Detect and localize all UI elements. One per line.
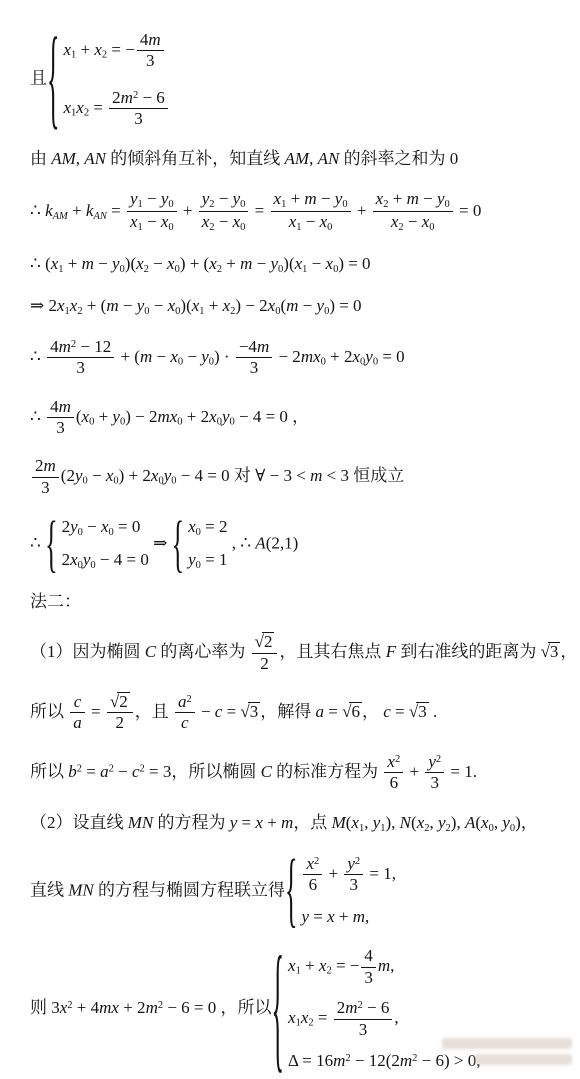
math-text: 6 (390, 773, 399, 792)
math-text: ∴ (30, 406, 45, 425)
math-var: A (255, 534, 265, 553)
case-row: x1x2 = 2m2 − 63 (63, 88, 169, 130)
math-var: F (386, 642, 396, 661)
brace-group: {x1 + x2 = −43m,x1x2 = 2m2 − 63,Δ = 16m2… (272, 946, 481, 1073)
math-text: 的方程与椭圆方程联立得 (94, 880, 285, 899)
math-text: − 6 (138, 88, 165, 107)
math-var: C (145, 642, 156, 661)
math-text: + (94, 406, 112, 425)
math-text: + 2 (326, 347, 353, 366)
math-var: m (286, 296, 298, 315)
denominator: c (175, 713, 195, 733)
part1-solve-a-c: 所以 ca = √22，且 a2c − c = √3，解得 a = √6， c … (30, 692, 574, 734)
math-var: AN (318, 149, 340, 168)
math-var: MN (68, 880, 94, 899)
case-rows: x1 + x2 = −43m,x1x2 = 2m2 − 63,Δ = 16m2 … (288, 946, 481, 1073)
math-text: = (314, 1008, 332, 1027)
math-text: = (250, 200, 268, 219)
brace-group: {x1 + x2 = −4m3x1x2 = 2m2 − 63 (47, 30, 170, 130)
kam-kan-equation: ∴ kAM + kAN = y1 − y0x1 − x0 + y2 − y0x2… (30, 189, 574, 235)
square-root: √3 (240, 702, 260, 721)
case-row: y0 = 1 (188, 549, 227, 573)
math-text: + (286, 189, 304, 208)
math-text: = 1 (201, 550, 228, 569)
part1-standard-equation: 所以 b2 = a2 − c2 = 3，所以椭圆 C 的标准方程为 x26 + … (30, 752, 574, 794)
subscript: 0 (168, 222, 173, 233)
math-text: 3 (359, 1020, 368, 1039)
math-text: ∴ (30, 347, 45, 366)
math-var: m (157, 406, 169, 425)
math-var: m (140, 347, 152, 366)
math-text: （1）因为椭圆 (30, 642, 145, 661)
math-text: − 6) > 0, (417, 1051, 480, 1070)
denominator: 3 (425, 773, 444, 793)
numerator: x1 + m − y0 (271, 189, 351, 213)
subscript: AM (53, 210, 68, 221)
part1-eccentricity: （1）因为椭圆 C 的离心率为 √22，且其右焦点 F 到右准线的距离为 √3， (30, 632, 574, 674)
case-row: x1 + x2 = −4m3 (63, 30, 169, 72)
fraction: y2 − y0x2 − x0 (199, 189, 249, 235)
math-text: , (429, 813, 438, 832)
math-text: 到右准线的距离为 (396, 642, 541, 661)
math-text: − (298, 296, 316, 315)
math-var: x (209, 254, 217, 273)
math-text: + 2 (119, 999, 146, 1018)
solve-system-conclusion: ∴ {2y0 − x0 = 02x0y0 − 4 = 0 ⇒ {x0 = 2y0… (30, 516, 574, 573)
radicand: 3 (416, 702, 429, 721)
math-text: + (405, 762, 423, 781)
radicand: 3 (548, 642, 561, 661)
math-var: m (59, 337, 71, 356)
math-var: y (271, 254, 279, 273)
square-root: √3 (541, 642, 561, 661)
math-text: 6 (309, 875, 318, 894)
numerator: 4m (47, 397, 74, 418)
superscript: 2 (355, 855, 360, 866)
fraction: x26 (303, 854, 322, 896)
part2-setup: （2）设直线 MN 的方程为 y = x + m，点 M(x1, y1), N(… (30, 812, 574, 836)
math-text: + 4 (73, 999, 100, 1018)
fraction: −4m3 (236, 337, 272, 379)
math-text: 3 (56, 418, 65, 437)
fraction: 2m2 − 63 (334, 998, 393, 1040)
math-text: − (307, 254, 325, 273)
math-text: ∴ (30, 200, 45, 219)
math-var: C (261, 762, 272, 781)
fraction: 2m3 (32, 456, 59, 498)
math-text: + (388, 189, 406, 208)
numerator: x2 (384, 752, 403, 773)
math-var: m (106, 296, 118, 315)
denominator: 2 (107, 713, 133, 733)
radicand: 6 (349, 702, 362, 721)
math-text: + (179, 200, 197, 219)
math-var: x (274, 189, 282, 208)
math-text: − (419, 189, 437, 208)
math-var: y (438, 813, 446, 832)
math-text: ), (386, 813, 400, 832)
math-text: − (152, 347, 170, 366)
math-text: 由 (30, 149, 51, 168)
math-text: ⇒ 2 (30, 296, 57, 315)
left-brace-icon: { (272, 939, 284, 1079)
subscript: 0 (444, 198, 449, 209)
math-text: 3 (418, 702, 427, 721)
subscript: 0 (429, 222, 434, 233)
math-text: 3 (364, 968, 373, 987)
math-var: a (73, 713, 82, 732)
case-row: 2y0 − x0 = 0 (62, 516, 149, 540)
math-var: x (111, 999, 119, 1018)
part2-system: 直线 MN 的方程与椭圆方程联立得{x26 + y23 = 1,y = x + … (30, 854, 574, 929)
fraction: √22 (107, 692, 133, 734)
case-rows: x1 + x2 = −4m3x1x2 = 2m2 − 63 (63, 30, 169, 130)
fraction: x1 + m − y0x1 − x0 (271, 189, 351, 235)
math-text: 3 (550, 642, 559, 661)
math-var: AN (84, 149, 106, 168)
math-text: = (391, 702, 409, 721)
math-text: 3 (350, 875, 359, 894)
math-text: + (263, 813, 281, 832)
math-text: + (205, 296, 223, 315)
math-var: m (44, 456, 56, 475)
math-var: a (316, 702, 325, 721)
case-row: y = x + m, (301, 906, 396, 929)
numerator: c (70, 692, 85, 713)
math-text: 的方程为 (153, 813, 230, 832)
math-text: 所以 (30, 702, 68, 721)
fraction: a2c (175, 692, 195, 734)
math-text: ，解得 (260, 702, 315, 721)
math-var: y (75, 466, 83, 485)
superscript: 2 (314, 855, 319, 866)
math-text: 2 (35, 456, 44, 475)
math-text: , (364, 813, 373, 832)
case-row: x0 = 2 (188, 516, 227, 540)
math-var: AM (285, 149, 310, 168)
math-text: = (309, 907, 327, 926)
numerator: x2 + m − y0 (373, 189, 453, 213)
math-text: − (149, 254, 167, 273)
math-text: 4 (50, 337, 59, 356)
math-var: x (481, 813, 489, 832)
denominator: 3 (47, 358, 114, 378)
math-text: 且 (30, 69, 47, 88)
math-text: + (68, 200, 86, 219)
math-var: y (188, 550, 196, 569)
square-root: √2 (110, 692, 130, 711)
subscript: 0 (240, 198, 245, 209)
math-var: m (304, 189, 316, 208)
math-var: m (281, 813, 293, 832)
case-row: Δ = 16m2 − 12(2m2 − 6) > 0, (288, 1050, 481, 1073)
math-text: 则 3 (30, 999, 60, 1018)
square-root: √6 (342, 702, 362, 721)
math-text: 2 (119, 692, 128, 711)
math-text: 3 (250, 702, 259, 721)
math-var: A (465, 813, 475, 832)
math-text: （2）设直线 (30, 813, 128, 832)
math-text: − (317, 189, 335, 208)
math-text: ) − 2 (235, 296, 267, 315)
math-var: x (63, 40, 71, 59)
math-text: = 3，所以椭圆 (145, 762, 261, 781)
math-var: x (167, 254, 175, 273)
math-var: x (101, 517, 109, 536)
math-text: , ∴ (227, 534, 255, 553)
math-text: ，且其右焦点 (279, 642, 385, 661)
math-text: − (143, 189, 161, 208)
denominator: x2 − x0 (199, 212, 249, 235)
denominator: 3 (236, 358, 272, 378)
math-text: ) = 0 (338, 254, 370, 273)
math-text: 3 (41, 478, 50, 497)
document-page: 且{x1 + x2 = −4m3x1x2 = 2m2 − 63由 AM, AN … (0, 0, 580, 1079)
math-text: 的离心率为 (156, 642, 250, 661)
math-var: y (428, 752, 436, 771)
fraction: x26 (384, 752, 403, 794)
math-text: − (404, 212, 422, 231)
math-var: x (320, 212, 328, 231)
math-text: 法二： (30, 592, 81, 611)
math-text: ) · (214, 347, 234, 366)
math-var: x (351, 813, 359, 832)
math-text: ，且 (135, 702, 173, 721)
math-text: 2 (260, 654, 269, 673)
math-text: = 1, (365, 864, 396, 883)
math-var: x (188, 517, 196, 536)
math-text: (2 (61, 466, 75, 485)
superscript: 2 (395, 754, 400, 765)
math-text: = (237, 813, 255, 832)
math-text: = (107, 200, 125, 219)
math-text: = 0 (114, 517, 141, 536)
fraction: √22 (252, 632, 278, 674)
math-text: < 3 恒成立 (322, 466, 404, 485)
numerator: √2 (107, 692, 133, 713)
case-row: x1x2 = 2m2 − 63, (288, 998, 481, 1040)
math-text: − 12(2 (351, 1051, 400, 1070)
math-var: m (301, 347, 313, 366)
math-var: m (121, 88, 133, 107)
left-brace-icon: { (45, 513, 57, 577)
math-text: − 6 (363, 998, 390, 1017)
math-text: = (222, 702, 240, 721)
denominator: 3 (47, 418, 74, 438)
math-var: x (136, 254, 144, 273)
math-text: − 4 = 0 ， (235, 406, 309, 425)
part2-quadratic-vieta: 则 3x2 + 4mx + 2m2 − 6 = 0 ，所以{x1 + x2 = … (30, 946, 574, 1073)
math-var: y (347, 854, 355, 873)
math-text: − (302, 212, 320, 231)
math-text: + (76, 40, 94, 59)
math-text: 2 (337, 998, 346, 1017)
math-text: 所以 (30, 762, 68, 781)
math-text: , (365, 907, 369, 926)
math-text: 2 (112, 88, 121, 107)
math-text: 3 (76, 358, 85, 377)
math-var: c (181, 713, 189, 732)
math-var: x (76, 98, 84, 117)
math-var: x (209, 406, 217, 425)
fraction: 43 (361, 946, 376, 988)
math-text: = 0 (378, 347, 405, 366)
math-text: − (94, 254, 112, 273)
case-rows: x0 = 2y0 = 1 (188, 516, 227, 573)
math-text: −4 (239, 337, 257, 356)
math-var: x (94, 40, 102, 59)
math-var: x (387, 752, 395, 771)
math-text: (2,1) (266, 534, 299, 553)
numerator: x2 (303, 854, 322, 875)
numerator: √2 (252, 632, 278, 653)
math-var: x (352, 347, 360, 366)
math-var: x (313, 347, 321, 366)
math-text: ∴ (30, 534, 45, 553)
math-text: = (87, 702, 105, 721)
denominator: 6 (384, 773, 403, 793)
math-text: , (309, 149, 318, 168)
radicand: 3 (248, 702, 261, 721)
math-text: 直线 (30, 880, 68, 899)
math-text: 2 (264, 632, 273, 651)
math-text: 的斜率之和为 0 (339, 149, 458, 168)
math-text: ∴ ( (30, 254, 51, 273)
vieta-system-line: 且{x1 + x2 = −4m3x1x2 = 2m2 − 63 (30, 30, 574, 130)
numerator: y2 (344, 854, 363, 875)
math-text: )( (283, 254, 294, 273)
radicand: 2 (262, 632, 275, 651)
math-var: y (301, 907, 309, 926)
math-text: − (215, 212, 233, 231)
math-text: − (252, 254, 270, 273)
math-var: m (407, 189, 419, 208)
math-var: c (383, 702, 391, 721)
math-text: − 4 = 0 对 ∀ − 3 < (176, 466, 310, 485)
subscript: AN (93, 210, 106, 221)
math-var: x (82, 406, 90, 425)
holds-for-all-m: 2m3(2y0 − x0) + 2x0y0 − 4 = 0 对 ∀ − 3 < … (30, 456, 574, 498)
math-var: m (353, 907, 365, 926)
brace-group: {2y0 − x0 = 02x0y0 − 4 = 0 (45, 516, 149, 573)
math-text: − (114, 762, 132, 781)
math-text: ) − 2 (125, 406, 157, 425)
left-brace-icon: { (285, 849, 297, 933)
math-var: x (170, 347, 178, 366)
math-text: 3 (430, 773, 439, 792)
math-var: y (70, 517, 78, 536)
math-text: − (197, 702, 215, 721)
numerator: 2m (32, 456, 59, 477)
math-text: ) = 0 (329, 296, 361, 315)
math-text: ) + ( (180, 254, 209, 273)
math-var: m (257, 337, 269, 356)
math-var: m (345, 998, 357, 1017)
math-var: x (130, 212, 138, 231)
numerator: 2m2 − 6 (109, 88, 168, 109)
denominator: 3 (32, 478, 59, 498)
math-text: ， (560, 642, 577, 661)
denominator: x1 − x0 (127, 212, 177, 235)
math-text: = 2 (201, 517, 228, 536)
case-row: 2x0y0 − 4 = 0 (62, 549, 149, 573)
math-var: y (365, 347, 373, 366)
math-text: Δ = 16 (288, 1051, 333, 1070)
fraction: ca (70, 692, 85, 734)
denominator: 3 (361, 968, 376, 988)
math-var: M (332, 813, 346, 832)
slope-sum-statement: 由 AM, AN 的倾斜角互补，知直线 AM, AN 的斜率之和为 0 (30, 148, 574, 171)
subscript: 0 (240, 222, 245, 233)
numerator: 4m2 − 12 (47, 337, 114, 358)
math-text: 6 (351, 702, 360, 721)
math-var: y (130, 189, 138, 208)
math-var: m (148, 30, 160, 49)
fraction: y23 (425, 752, 444, 794)
math-var: y (112, 254, 120, 273)
math-var: MN (128, 813, 154, 832)
fraction: 4m2 − 123 (47, 337, 114, 379)
math-var: y (201, 347, 209, 366)
math-text: − (83, 517, 101, 536)
math-text: = (89, 98, 107, 117)
case-rows: 2y0 − x0 = 02x0y0 − 4 = 0 (62, 516, 149, 573)
math-text: , (390, 956, 394, 975)
math-var: m (310, 466, 322, 485)
math-var: y (502, 813, 510, 832)
math-text: 3 (146, 51, 155, 70)
denominator: 3 (344, 875, 363, 895)
case-rows: x26 + y23 = 1,y = x + m, (301, 854, 396, 929)
math-text: 的倾斜角互补，知直线 (106, 149, 285, 168)
math-text: − (183, 347, 201, 366)
numerator: y2 − y0 (199, 189, 249, 213)
math-var: x (57, 296, 65, 315)
math-var: m (240, 254, 252, 273)
math-var: x (327, 907, 335, 926)
math-text: + (64, 254, 82, 273)
math-text: ) + 2 (119, 466, 151, 485)
math-text: + (324, 864, 342, 883)
math-text: − 4 = 0 (96, 550, 149, 569)
math-var: x (70, 550, 78, 569)
math-text: 3 (250, 358, 259, 377)
fraction: y23 (344, 854, 363, 896)
math-text: − (143, 212, 161, 231)
math-text: + (335, 907, 353, 926)
math-text: )， (515, 813, 538, 832)
math-var: x (255, 813, 263, 832)
math-text: 3 (134, 109, 143, 128)
left-brace-icon: { (47, 24, 59, 136)
subscript: 0 (168, 198, 173, 209)
math-var: x (288, 1008, 296, 1027)
simplified-equation: ∴ 4m3(x0 + y0) − 2mx0 + 2x0y0 − 4 = 0 ， (30, 397, 574, 439)
math-var: x (63, 98, 71, 117)
math-text: , (394, 1008, 398, 1027)
denominator: x1 − x0 (271, 212, 351, 235)
fraction: y1 − y0x1 − x0 (127, 189, 177, 235)
brace-group: {x26 + y23 = 1,y = x + m, (285, 854, 396, 929)
math-var: c (74, 692, 82, 711)
math-text: + ( (83, 296, 107, 315)
subscript: 0 (327, 222, 332, 233)
method-2-heading: 法二： (30, 591, 574, 614)
math-text: 2 (116, 713, 125, 732)
math-text: = − (332, 956, 360, 975)
square-root: √3 (409, 702, 429, 721)
denominator: 2 (252, 654, 278, 674)
